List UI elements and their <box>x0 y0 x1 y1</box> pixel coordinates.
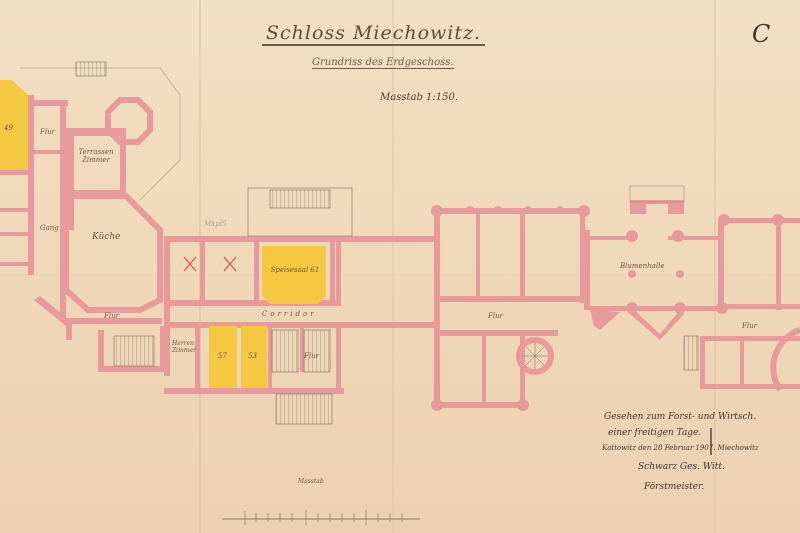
room-label-blumenhalle: Blumenhalle <box>620 262 664 270</box>
sheet-mark: C <box>752 20 770 48</box>
room-label-gang: Gang <box>40 224 59 232</box>
drawing-subtitle: Grundriss des Erdgeschoss. <box>312 57 454 69</box>
room-label-kueche: Küche <box>92 232 121 242</box>
annotation-line-3: Kattowitz den 28 Februar 1907. Miechowit… <box>602 444 759 452</box>
annotation-signature: Schwarz Ges. Witt. <box>638 462 725 472</box>
room-label-flur-center: Flur <box>304 352 319 360</box>
scale-bar-label: Masstab <box>298 478 324 485</box>
room-label-korridor: Corridor <box>262 310 317 318</box>
room-label-flur-mid: Flur <box>488 312 503 320</box>
pencil-note: Mkpl5 <box>204 220 227 228</box>
room-label-49: 49 <box>4 124 13 132</box>
room-label-57: 57 <box>218 352 227 360</box>
room-label-herren: Herren Zimmer <box>172 340 194 354</box>
annotation-title: Förstmeister. <box>644 482 704 492</box>
room-label-flur-right: Flur <box>742 322 757 330</box>
room-label-flur-left: Flur <box>40 128 55 136</box>
room-label-terrassen: Terrassen Zimmer <box>76 148 116 164</box>
annotation-line-2: einer freitigen Tage. <box>608 428 701 438</box>
scale-label: Masstab 1:150. <box>380 92 458 103</box>
drawing-title: Schloss Miechowitz. <box>262 22 485 46</box>
room-label-53: 53 <box>248 352 257 360</box>
floor-plan-drawing <box>0 0 800 533</box>
room-label-flur-lower: Flur <box>104 312 119 320</box>
annotation-line-1: Gesehen zum Forst- und Wirtsch. <box>604 412 756 422</box>
room-label-speisesaal: Speisesaal 61 <box>270 266 320 274</box>
floor-plan-sheet: Schloss Miechowitz. Grundriss des Erdges… <box>0 0 800 533</box>
